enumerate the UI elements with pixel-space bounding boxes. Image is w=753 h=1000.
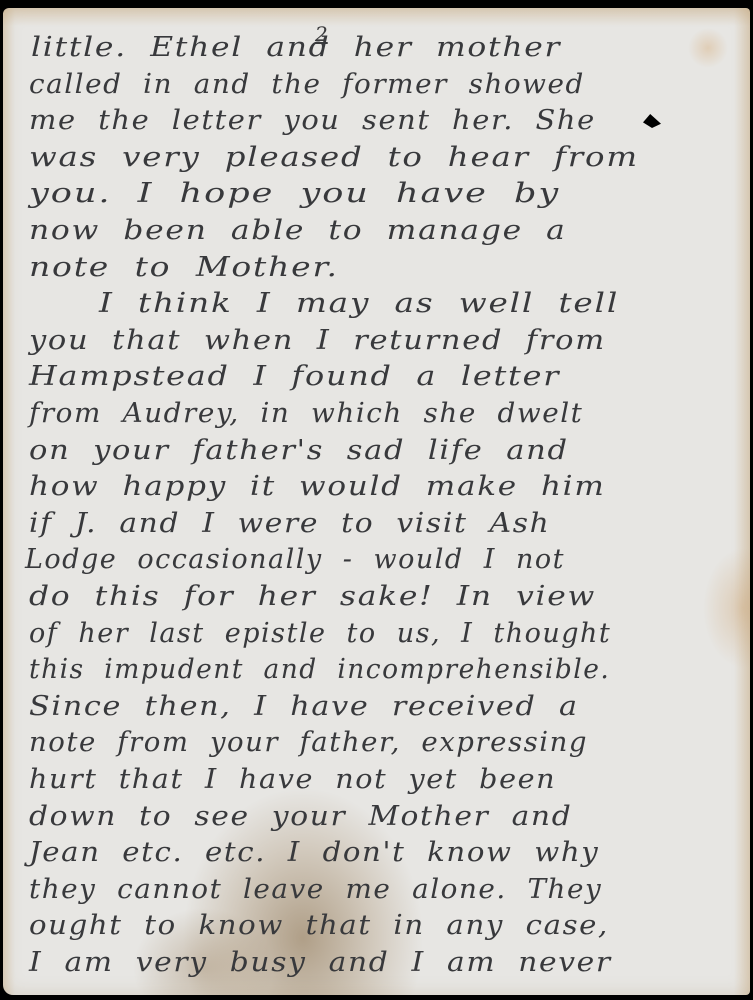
letter-line: note from your father, expressing <box>29 727 588 758</box>
letter-line: down to see your Mother and <box>29 801 572 832</box>
letter-line: from Audrey, in which she dwelt <box>29 398 583 429</box>
letter-line: do this for her sake! In view <box>29 581 596 612</box>
letter-line: now been able to manage a <box>29 215 567 246</box>
letter-line: hurt that I have not yet been <box>29 764 556 795</box>
letter-line: Hampstead I found a letter <box>29 361 560 392</box>
letter-line: you that when I returned from <box>29 325 606 356</box>
letter-line: of her last epistle to us, I thought <box>29 618 611 649</box>
letter-line: little. Ethel and her mother <box>31 32 561 63</box>
paper-hole <box>643 114 661 128</box>
letter-line: this impudent and incomprehensible. <box>29 654 610 685</box>
letter-line: you. I hope you have by <box>29 178 560 209</box>
letter-line: Since then, I have received a <box>29 691 579 722</box>
letter-line: Lodge occasionally - would I not <box>25 544 565 575</box>
letter-line: called in and the former showed <box>29 69 585 100</box>
letter-line: I think I may as well tell <box>99 288 619 319</box>
letter-page: 2 little. Ethel and her mothercalled in … <box>3 8 750 995</box>
letter-line: how happy it would make him <box>29 471 606 502</box>
letter-line: on your father's sad life and <box>29 435 569 466</box>
letter-line: was very pleased to hear from <box>29 142 639 173</box>
letter-line: me the letter you sent her. She <box>29 105 596 136</box>
letter-line: they cannot leave me alone. They <box>29 874 602 905</box>
letter-line: note to Mother. <box>29 252 339 283</box>
letter-line: ought to know that in any case, <box>29 910 609 941</box>
letter-line: I am very busy and I am never <box>29 947 612 978</box>
letter-line: if J. and I were to visit Ash <box>29 508 550 539</box>
letter-line: Jean etc. etc. I don't know why <box>29 837 599 868</box>
